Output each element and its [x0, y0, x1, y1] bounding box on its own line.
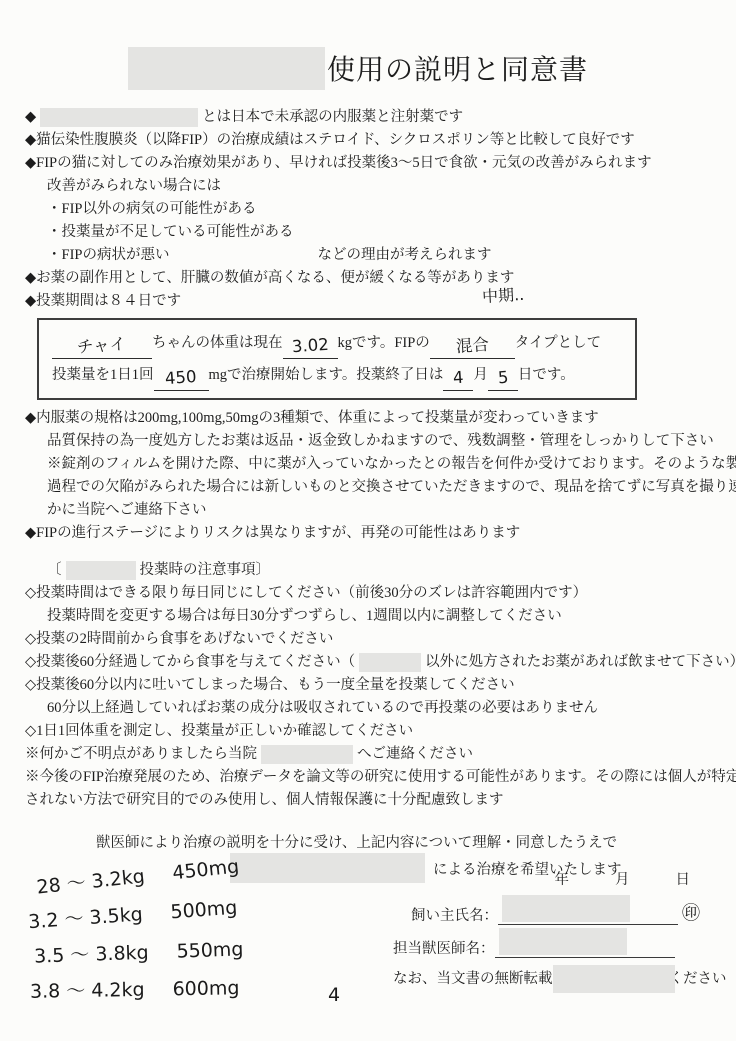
- redacted-stamp-area: [553, 965, 675, 993]
- pet-name-field: チャイ: [52, 334, 152, 359]
- redacted-drug-name: [359, 653, 421, 672]
- redacted-clinic-name: [261, 745, 353, 764]
- doc-line: かに当院へご連絡下さい: [25, 499, 718, 522]
- dose-value: 550mg: [176, 938, 244, 962]
- doc-line-reasons: ・FIPの病状が悪いなどの理由が考えられます: [25, 244, 718, 267]
- doc-line: ※今後のFIP治療発展のため、治療データを論文等の研究に使用する可能性があります…: [25, 766, 718, 789]
- doc-line: ・FIP以外の病気の可能性がある: [25, 198, 718, 221]
- document-body: ◆とは日本で未承認の内服薬と注射薬です ◆猫伝染性腹膜炎（以降FIP）の治療成績…: [0, 90, 736, 812]
- doc-line-drug-intro: ◆とは日本で未承認の内服薬と注射薬です: [25, 106, 718, 129]
- fip-type-field: 混合: [430, 334, 515, 359]
- dose-chart-row: 3.2 〜 3.5kg500mg: [27, 893, 238, 935]
- doc-line: ◆内服薬の規格は200mg,100mg,50mgの3種類で、体重によって投薬量が…: [25, 407, 718, 430]
- weight-range: 28 〜 3.2kg: [36, 865, 146, 898]
- month-label: 月: [615, 868, 630, 889]
- end-month-field: 4: [443, 366, 473, 391]
- doc-line: 改善がみられない場合には: [25, 175, 718, 198]
- redacted-drug-name: [66, 561, 136, 580]
- doc-line: 過程での欠陥がみられた場合には新しいものと交換させていただきますので、現品を捨て…: [25, 476, 718, 499]
- redacted-owner-name: [502, 895, 630, 922]
- day-label: 日: [676, 868, 691, 889]
- owner-name-label: 飼い主氏名：: [411, 904, 498, 925]
- weight-range: 3.8 〜 4.2kg: [30, 979, 145, 1003]
- doc-line: ◆FIPの猫に対してのみ治療効果があり、早ければ投薬後3～5日で食欲・元気の改善…: [25, 152, 718, 175]
- document-footer: 獣医師により治療の説明を十分に受け、上記内容について理解・同意したうえで による…: [0, 826, 736, 1041]
- dose-chart-row: 3.8 〜 4.2kg600mg: [30, 973, 240, 1004]
- doc-line: ※錠剤のフィルムを開けた際、中に薬が入っていなかったとの報告を何件か受けておりま…: [25, 453, 718, 476]
- handwritten-stray-digit: 4: [328, 984, 340, 1006]
- dose-box-line1: チャイちゃんの体重は現在3.02kgです。FIPの混合タイプとして: [52, 327, 622, 359]
- document-header: 使用の説明と同意書: [0, 0, 736, 90]
- doc-line: ・投薬量が不足している可能性がある: [25, 221, 718, 244]
- date-labels: 年 月 日: [385, 868, 730, 889]
- redacted-drug-name: [40, 108, 198, 127]
- doc-line: ◆FIPの進行ステージによりリスクは異なりますが、再発の可能性はあります: [25, 522, 718, 545]
- consent-statement-line1: 獣医師により治療の説明を十分に受け、上記内容について理解・同意したうえで: [96, 831, 736, 852]
- vet-name-label: 担当獣医師名：: [393, 937, 495, 958]
- dosage-consent-box: チャイちゃんの体重は現在3.02kgです。FIPの混合タイプとして 投薬量を1日…: [37, 318, 637, 400]
- end-day-field: 5: [488, 366, 518, 391]
- doc-line: ◇投薬後60分以内に吐いてしまった場合、もう一度全量を投薬してください: [25, 674, 718, 697]
- handwritten-stage-note: 中期..: [481, 282, 524, 307]
- doc-line: 60分以上経過していればお薬の成分は吸収されているので再投薬の必要はありません: [25, 697, 718, 720]
- year-label: 年: [555, 868, 570, 889]
- page-title: 使用の説明と同意書: [327, 48, 588, 88]
- doc-line: ◇投薬時間はできる限り毎日同じにしてください（前後30分のズレは許容範囲内です）: [25, 582, 718, 605]
- dose-chart-row: 3.5 〜 3.8kg550mg: [34, 934, 244, 968]
- seal-mark: ㊞: [682, 899, 700, 925]
- owner-name-field: [498, 898, 678, 925]
- doc-line-feeding: ◇投薬後60分経過してから食事を与えてください（以外に処方されたお薬があれば飲ま…: [25, 651, 718, 674]
- redacted-vet-name: [499, 928, 627, 955]
- doc-line: されない方法で研究目的でのみ使用し、個人情報保護に十分配慮致します: [25, 789, 718, 812]
- doc-line: 投薬時間を変更する場合は毎日30分ずつずらし、1週間以内に調整してください: [25, 605, 718, 628]
- doc-line: 品質保持の為一度処方したお薬は返品・返金致しかねますので、残数調整・管理をしっか…: [25, 430, 718, 453]
- doc-line-contact: ※何かご不明点がありましたら当院へご連絡ください: [25, 743, 718, 766]
- weight-range: 3.2 〜 3.5kg: [28, 903, 144, 933]
- notes-section-heading: 〔投薬時の注意事項〕: [25, 559, 718, 582]
- doc-line: ◆猫伝染性腹膜炎（以降FIP）の治療成績はステロイド、シクロスポリン等と比較して…: [25, 129, 718, 152]
- consent-document-page: 使用の説明と同意書 中期.. ◆とは日本で未承認の内服薬と注射薬です ◆猫伝染性…: [0, 0, 736, 1041]
- redacted-drug-name-title: [128, 47, 325, 90]
- doc-line: ◇投薬の2時間前から食事をあげないでください: [25, 628, 718, 651]
- dose-value: 600mg: [172, 977, 239, 1000]
- vet-signature-row: 担当獣医師名：: [385, 931, 730, 958]
- dose-field: 450: [154, 366, 209, 391]
- weight-range: 3.5 〜 3.8kg: [34, 942, 149, 968]
- doc-line: ◆お薬の副作用として、肝臓の数値が高くなる、便が緩くなる等があります: [25, 267, 718, 290]
- owner-signature-row: 飼い主氏名： ㊞: [385, 898, 730, 925]
- dose-chart-row: 28 〜 3.2kg450mg: [35, 851, 240, 899]
- doc-line: ◆投薬期間は８４日です: [25, 290, 718, 313]
- weight-field: 3.02: [283, 334, 338, 359]
- diamond-bullet: ◆: [25, 109, 36, 125]
- dose-box-line2: 投薬量を1日1回450mgで治療開始します。投薬終了日は4月5日です。: [52, 359, 622, 391]
- doc-line: ◇1日1回体重を測定し、投薬量が正しいか確認してください: [25, 720, 718, 743]
- vet-name-field: [495, 931, 675, 958]
- dose-value: 500mg: [170, 897, 238, 924]
